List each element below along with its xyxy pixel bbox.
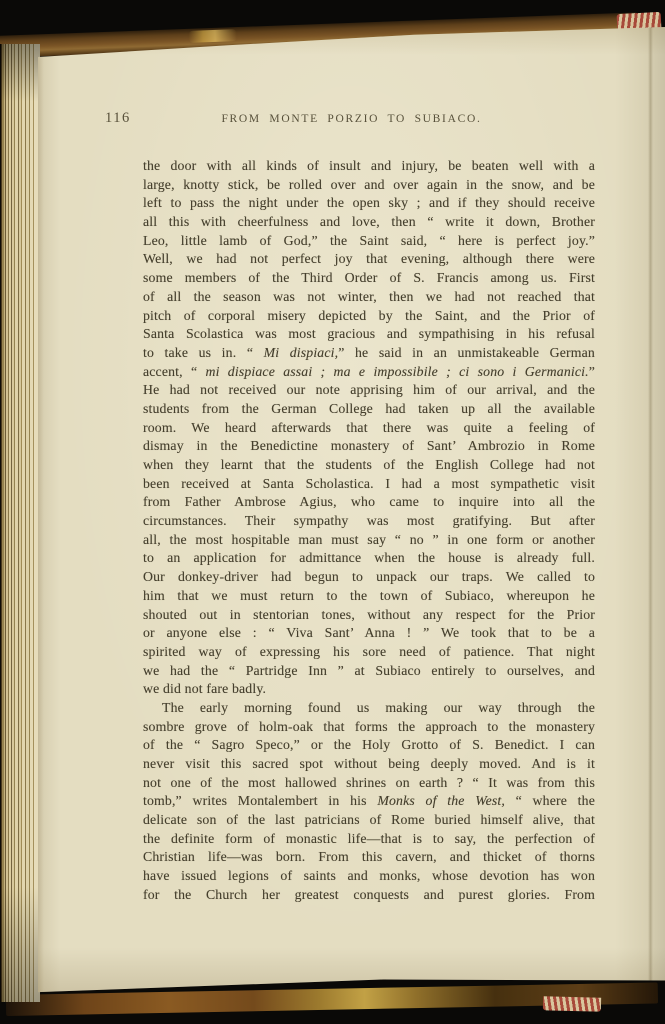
text-line: for the Church her greatest conquests an… <box>143 886 595 905</box>
text-line: sombre grove of holm-oak that forms the … <box>143 718 595 737</box>
text-line: Leo, little lamb of God,” the Saint said… <box>143 232 595 251</box>
text-line: delicate son of the last patricians of R… <box>143 811 595 830</box>
book-page: 116 FROM MONTE PORZIO TO SUBIACO. the do… <box>38 26 665 996</box>
text-line: shouted out in stentorian tones, without… <box>143 606 595 625</box>
page-fold-line <box>648 26 653 996</box>
text-line: of all the season was not winter, then w… <box>143 288 595 307</box>
text-line: never visit this sacred spot without bei… <box>143 755 595 774</box>
text-line: spirited way of expressing his sore need… <box>143 643 595 662</box>
text-line: students from the German College had tak… <box>143 400 595 419</box>
text-line: He had not received our note apprising h… <box>143 381 595 400</box>
text-line: Santa Scolastica was most gracious and s… <box>143 325 595 344</box>
paragraph: The early morning found us making our wa… <box>143 699 595 905</box>
text-line: been received at Santa Scholastica. I ha… <box>143 475 595 494</box>
text-line: Christian life—was born. From this caver… <box>143 848 595 867</box>
text-line: room. We heard afterwards that there was… <box>143 419 595 438</box>
headband-bottom <box>543 996 601 1012</box>
text-line: pitch of corporal misery depicted by the… <box>143 307 595 326</box>
text-line: or anyone else : “ Viva Sant’ Anna ! ” W… <box>143 624 595 643</box>
text-line: tomb,” writes Montalembert in his Monks … <box>143 792 595 811</box>
text-line: large, knotty stick, be rolled over and … <box>143 176 595 195</box>
running-title: FROM MONTE PORZIO TO SUBIACO. <box>38 110 665 125</box>
text-line: left to pass the night under the open sk… <box>143 194 595 213</box>
text-line: from Father Ambrose Agius, who came to i… <box>143 493 595 512</box>
text-line: the definite form of monastic life—that … <box>143 830 595 849</box>
text-line: Well, we had not perfect joy that evenin… <box>143 250 595 269</box>
text-line: we did not fare badly. <box>143 680 595 699</box>
text-line: all this with cheerfulness and love, the… <box>143 213 595 232</box>
text-line: we had the “ Partridge Inn ” at Subiaco … <box>143 662 595 681</box>
text-line: Our donkey-driver had begun to unpack ou… <box>143 568 595 587</box>
stacked-page-edges <box>0 44 40 1002</box>
text-line: dismay in the Benedictine monastery of S… <box>143 437 595 456</box>
page-body-text: the door with all kinds of insult and in… <box>143 157 595 905</box>
book-scan: 116 FROM MONTE PORZIO TO SUBIACO. the do… <box>0 0 665 1024</box>
text-line: to an application for admittance when th… <box>143 549 595 568</box>
text-line: The early morning found us making our wa… <box>143 699 595 718</box>
page-header: 116 FROM MONTE PORZIO TO SUBIACO. <box>38 110 665 130</box>
text-line: accent, “ mi dispiace assai ; ma e impos… <box>143 363 595 382</box>
text-line: all, the most hospitable man must say “ … <box>143 531 595 550</box>
text-line: to take us in. “ Mi dispiaci,” he said i… <box>143 344 595 363</box>
text-line: some members of the Third Order of S. Fr… <box>143 269 595 288</box>
text-line: the door with all kinds of insult and in… <box>143 157 595 176</box>
text-line: not one of the most hallowed shrines on … <box>143 774 595 793</box>
text-line: him that we must return to the town of S… <box>143 587 595 606</box>
text-line: circumstances. Their sympathy was most g… <box>143 512 595 531</box>
paragraph: the door with all kinds of insult and in… <box>143 157 595 699</box>
text-line: when they learnt that the students of th… <box>143 456 595 475</box>
page-number: 116 <box>105 110 131 127</box>
text-line: have issued legions of saints and monks,… <box>143 867 595 886</box>
text-line: of the “ Sagro Speco,” or the Holy Grott… <box>143 736 595 755</box>
